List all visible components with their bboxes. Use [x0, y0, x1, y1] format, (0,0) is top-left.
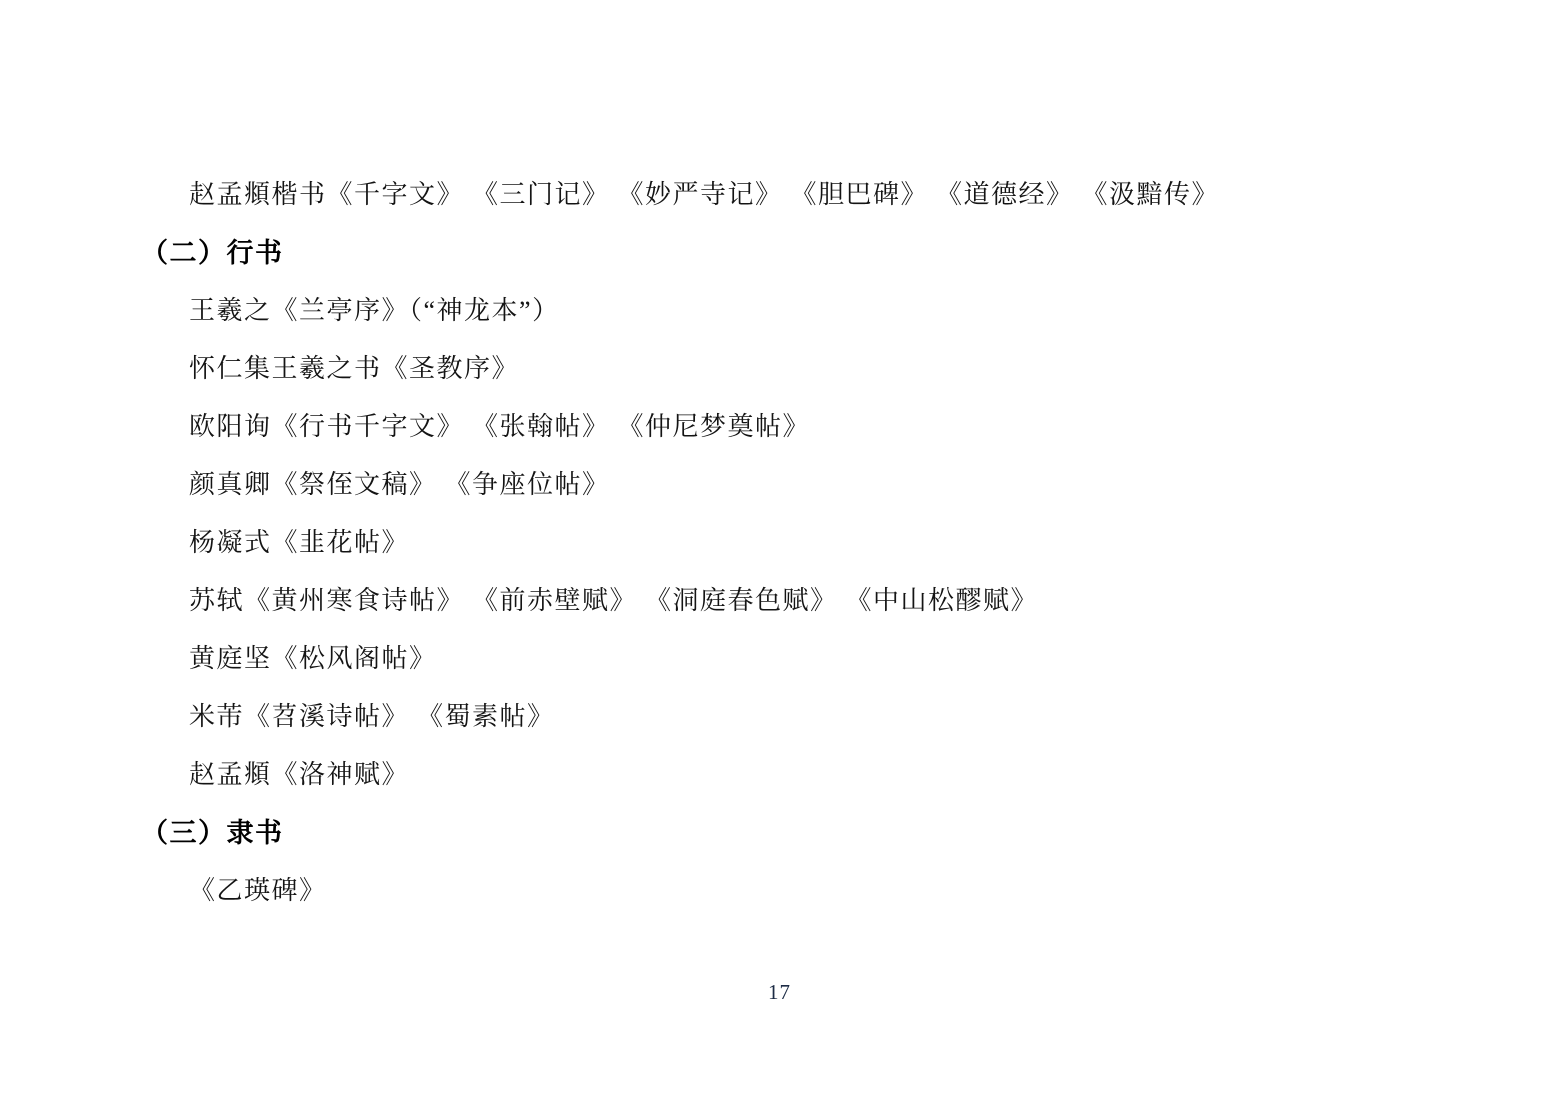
document-body: 赵孟頫楷书《千字文》 《三门记》 《妙严寺记》 《胆巴碑》 《道德经》 《汲黯传…	[0, 166, 1559, 920]
list-item-line: 苏轼《黄州寒食诗帖》 《前赤壁赋》 《洞庭春色赋》 《中山松醪赋》	[0, 572, 1559, 630]
section-heading: （二）行书	[0, 224, 1559, 282]
list-item-line: 欧阳询《行书千字文》 《张翰帖》 《仲尼梦奠帖》	[0, 398, 1559, 456]
list-item-line: 《乙瑛碑》	[0, 862, 1559, 920]
list-item-line: 赵孟頫《洛神赋》	[0, 746, 1559, 804]
section-heading: （三）隶书	[0, 804, 1559, 862]
page-number: 17	[0, 980, 1559, 1005]
list-item-line: 怀仁集王羲之书《圣教序》	[0, 340, 1559, 398]
list-item-line: 米芾《苕溪诗帖》 《蜀素帖》	[0, 688, 1559, 746]
document-page: 赵孟頫楷书《千字文》 《三门记》 《妙严寺记》 《胆巴碑》 《道德经》 《汲黯传…	[0, 0, 1559, 1102]
list-item-line: 杨凝式《韭花帖》	[0, 514, 1559, 572]
list-item-line: 王羲之《兰亭序》（“神龙本”）	[0, 282, 1559, 340]
list-item-line: 颜真卿《祭侄文稿》 《争座位帖》	[0, 456, 1559, 514]
list-item-line: 黄庭坚《松风阁帖》	[0, 630, 1559, 688]
list-item-line: 赵孟頫楷书《千字文》 《三门记》 《妙严寺记》 《胆巴碑》 《道德经》 《汲黯传…	[0, 166, 1559, 224]
